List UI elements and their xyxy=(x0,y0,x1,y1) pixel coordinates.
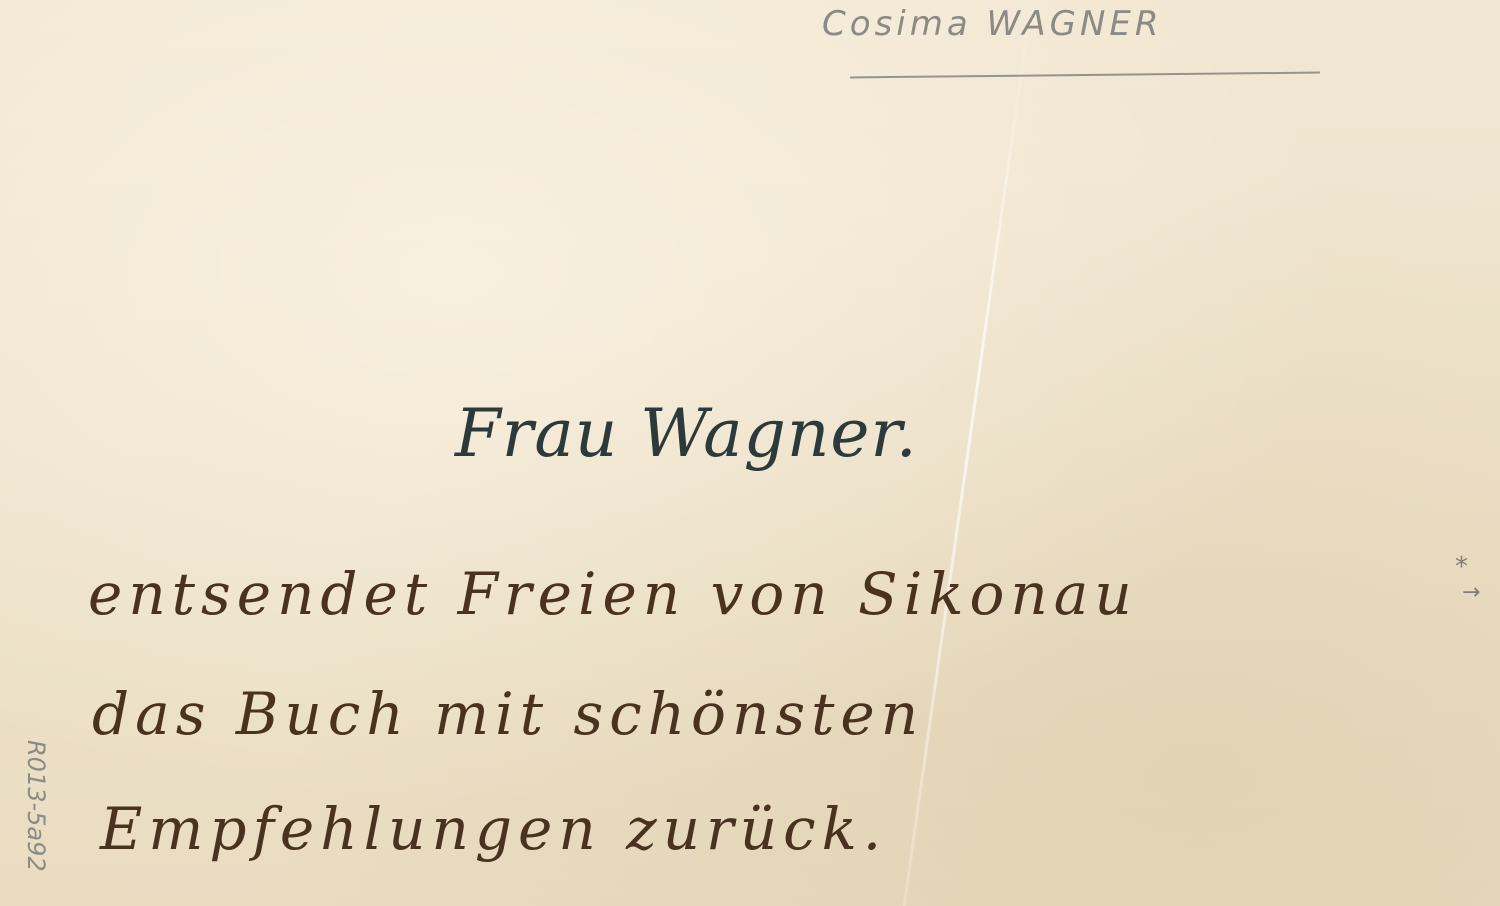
arrow-icon: → xyxy=(1462,580,1480,605)
pencil-underline xyxy=(850,72,1320,79)
pencil-annotation-title: Cosima WAGNER xyxy=(822,4,1163,44)
handwritten-line-2: das Buch mit schönsten xyxy=(92,680,924,748)
handwritten-line-1: entsendet Freien von Sikonau xyxy=(88,560,1138,628)
footnote-marker: * xyxy=(1455,552,1468,582)
handwritten-line-3: Empfehlungen zurück. xyxy=(100,795,887,863)
printed-name: Frau Wagner. xyxy=(455,395,918,472)
side-pencil-note: R013-5a92 xyxy=(22,740,50,872)
paper-crease xyxy=(903,0,1033,906)
handwritten-card: Cosima WAGNER Frau Wagner. entsendet Fre… xyxy=(0,0,1500,906)
